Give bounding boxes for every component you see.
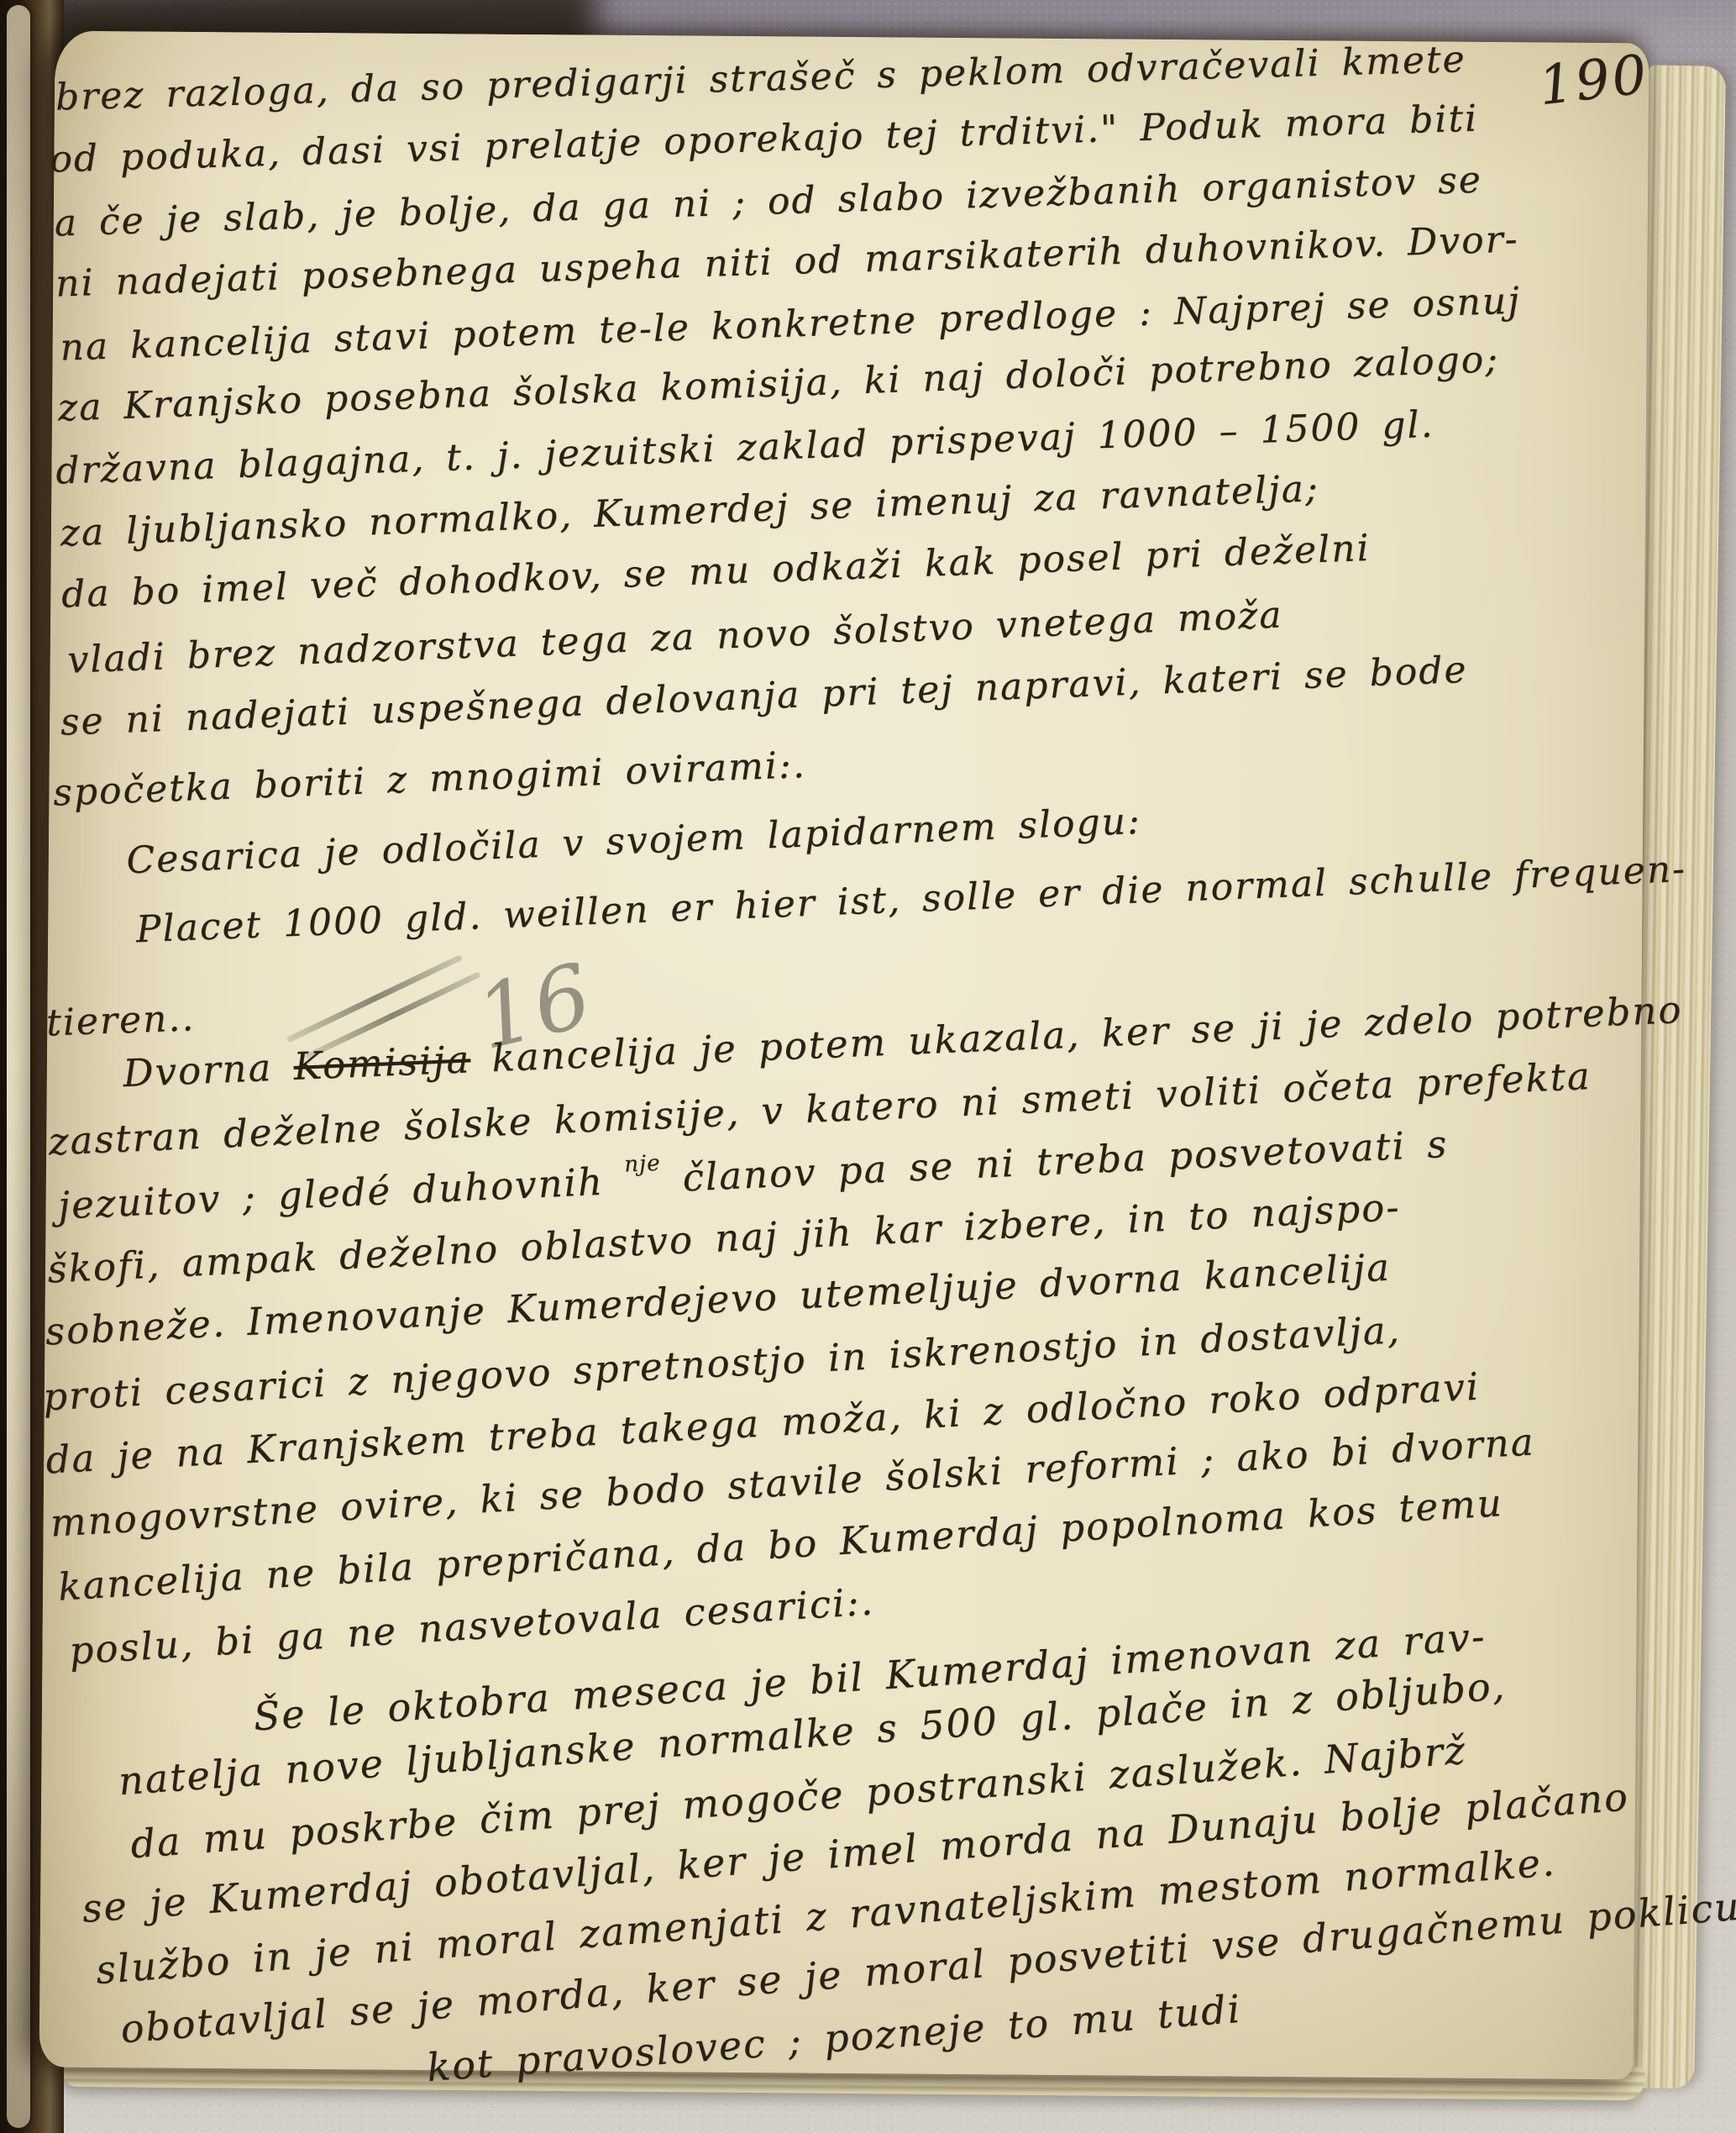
page-number: 190 xyxy=(1535,44,1652,118)
manuscript-word-sup: nje xyxy=(624,1151,662,1178)
book-spine-page-edge xyxy=(7,5,30,2128)
photo-of-manuscript-page: { "colors": { "ink": "#2b2015", "paper":… xyxy=(0,0,1736,2133)
manuscript-text-segment: jezuitov ; gledé duhovnih xyxy=(57,1158,626,1228)
handwriting-layer: 190 16 brez razloga, da so predigarji st… xyxy=(39,31,1649,2080)
manuscript-text-segment: Dvorna xyxy=(122,1044,294,1095)
manuscript-line: Cesarica je odločila v svojem lapidarnem… xyxy=(126,800,1142,882)
manuscript-line: tieren.. xyxy=(45,996,196,1044)
manuscript-word-struck: Komisija xyxy=(292,1037,471,1089)
pencil-slash-mark xyxy=(286,954,464,1043)
manuscript-line: spočetka boriti z mnogimi ovirami:. xyxy=(52,743,806,815)
